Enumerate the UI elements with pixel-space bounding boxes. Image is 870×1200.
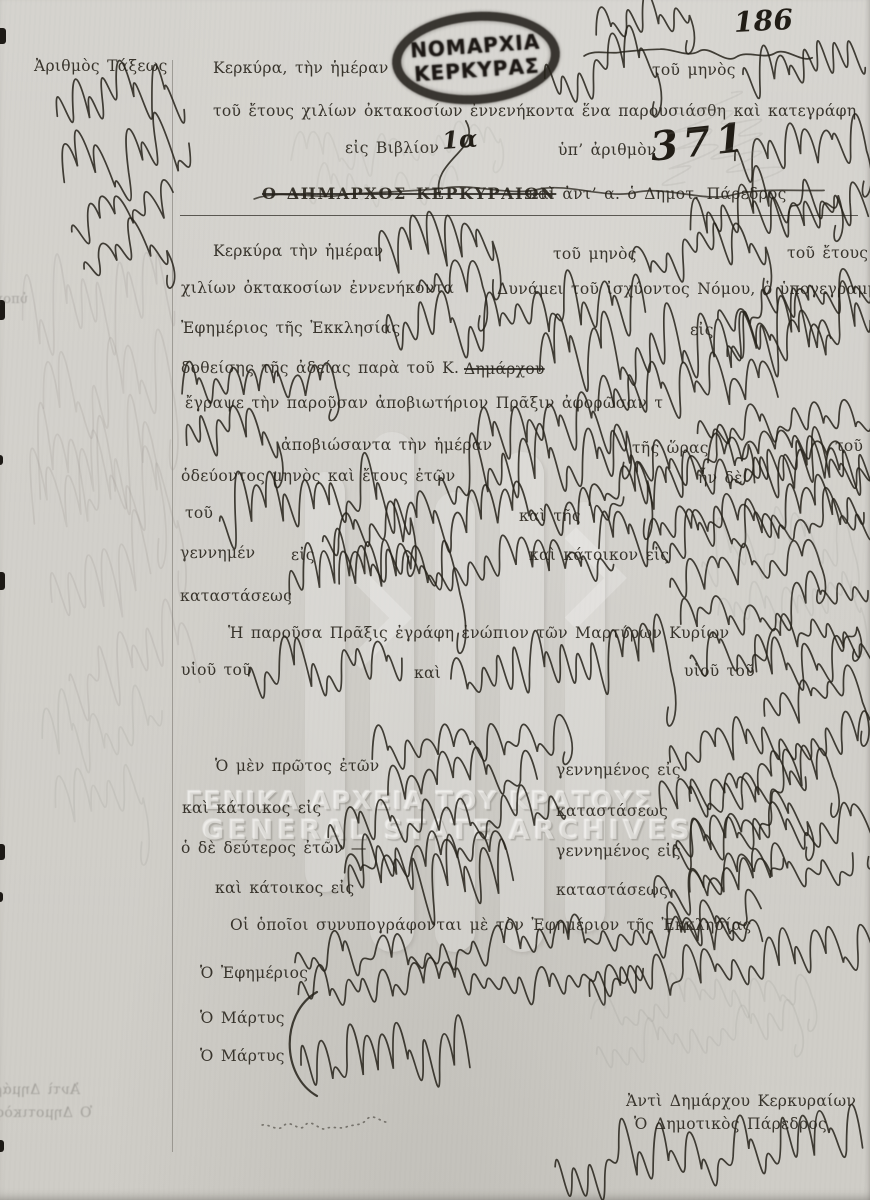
hw-witness1-status	[654, 745, 823, 888]
witness1-signature	[584, 916, 870, 1007]
hw-top-right-underline	[584, 46, 812, 62]
bleed-top-mid	[289, 119, 505, 211]
hw-over-mayor-word	[534, 278, 870, 401]
bleed-left-swirl-1	[17, 244, 197, 578]
hw-death-hour	[695, 394, 870, 469]
hw-registration-month	[739, 32, 867, 100]
ink-specks-bottom-left	[262, 1116, 387, 1131]
hw-witness1-age	[369, 705, 577, 807]
hw-witness1-father	[246, 626, 405, 702]
bleed-bottom-right	[586, 954, 822, 1084]
handwriting-layer	[0, 0, 870, 1200]
hw-margin-note-2	[54, 107, 198, 213]
hw-death-day	[473, 388, 634, 494]
hw-deceased-name	[592, 344, 779, 429]
hw-witness2-name	[447, 613, 678, 744]
hw-birthplace	[318, 470, 632, 609]
hw-registration-day	[540, 23, 663, 128]
witness2-signature	[298, 1014, 471, 1098]
hw-church-name	[383, 265, 648, 363]
hw-status-value	[283, 516, 469, 670]
hw-above-was	[632, 421, 756, 497]
hw-act-year-unit	[416, 257, 490, 337]
document-page: ΓΕΝΙΚΑ ΑΡΧΕΙΑ ΤΟΥ ΚΡΑΤΟΥΣ GENERAL STATE …	[0, 0, 870, 1200]
hw-permission-left	[180, 354, 340, 429]
bleed-left-swirl-3	[37, 679, 178, 874]
hw-margin-note-1	[50, 51, 187, 144]
hw-word-before-died	[182, 400, 286, 499]
hw-age-value	[434, 415, 654, 557]
hw-act-month	[629, 216, 775, 313]
deputy-signature	[552, 1102, 865, 1200]
